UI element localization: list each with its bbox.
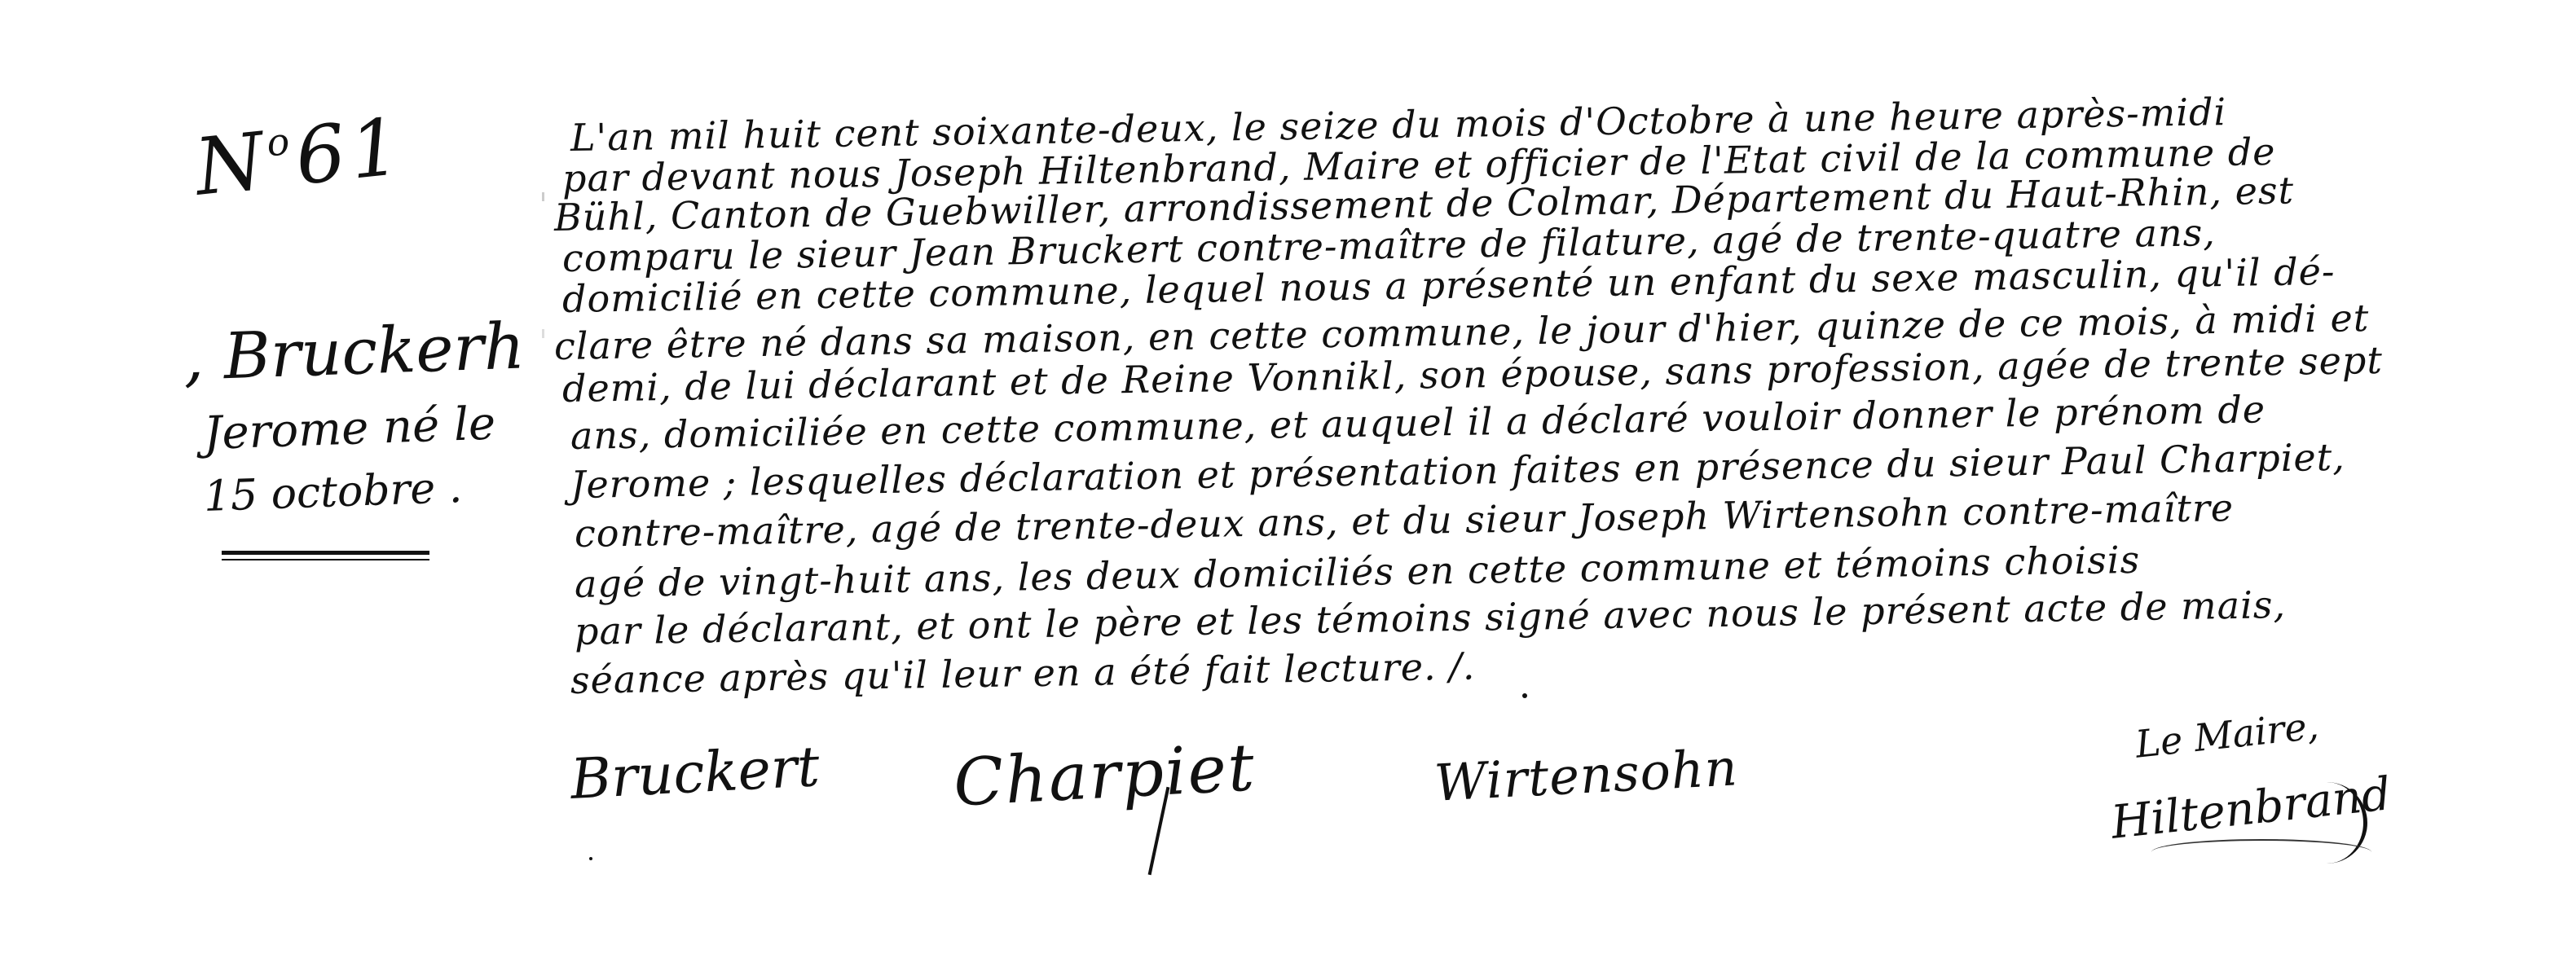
mayor-title: Le Maire, [2133,703,2321,766]
margin-given-name: Jerome né le [203,398,496,460]
civil-register-page: No61 , Bruckerh Jerome né le 15 octobre … [0,0,2576,967]
signature-father: Bruckert [569,735,821,812]
signature-witness-wirtensohn: Wirtensohn [1433,737,1739,812]
margin-birth-date: 15 octobre . [203,464,463,521]
margin-double-underline [222,551,429,560]
signature-witness-charpiet: Charpiet [952,729,1257,820]
act-number-prefix: N [191,115,273,213]
mayor-signature-underline [2151,839,2371,865]
act-number-value: 61 [291,100,409,202]
act-number-sup: o [264,118,296,165]
margin-rule [542,147,544,603]
margin-surname: , Bruckerh [182,310,526,395]
ink-dot [589,857,592,860]
act-number: No61 [191,100,409,213]
ink-dot [1522,693,1527,698]
body-line-13: séance après qu'il leur en a été fait le… [570,644,1476,702]
